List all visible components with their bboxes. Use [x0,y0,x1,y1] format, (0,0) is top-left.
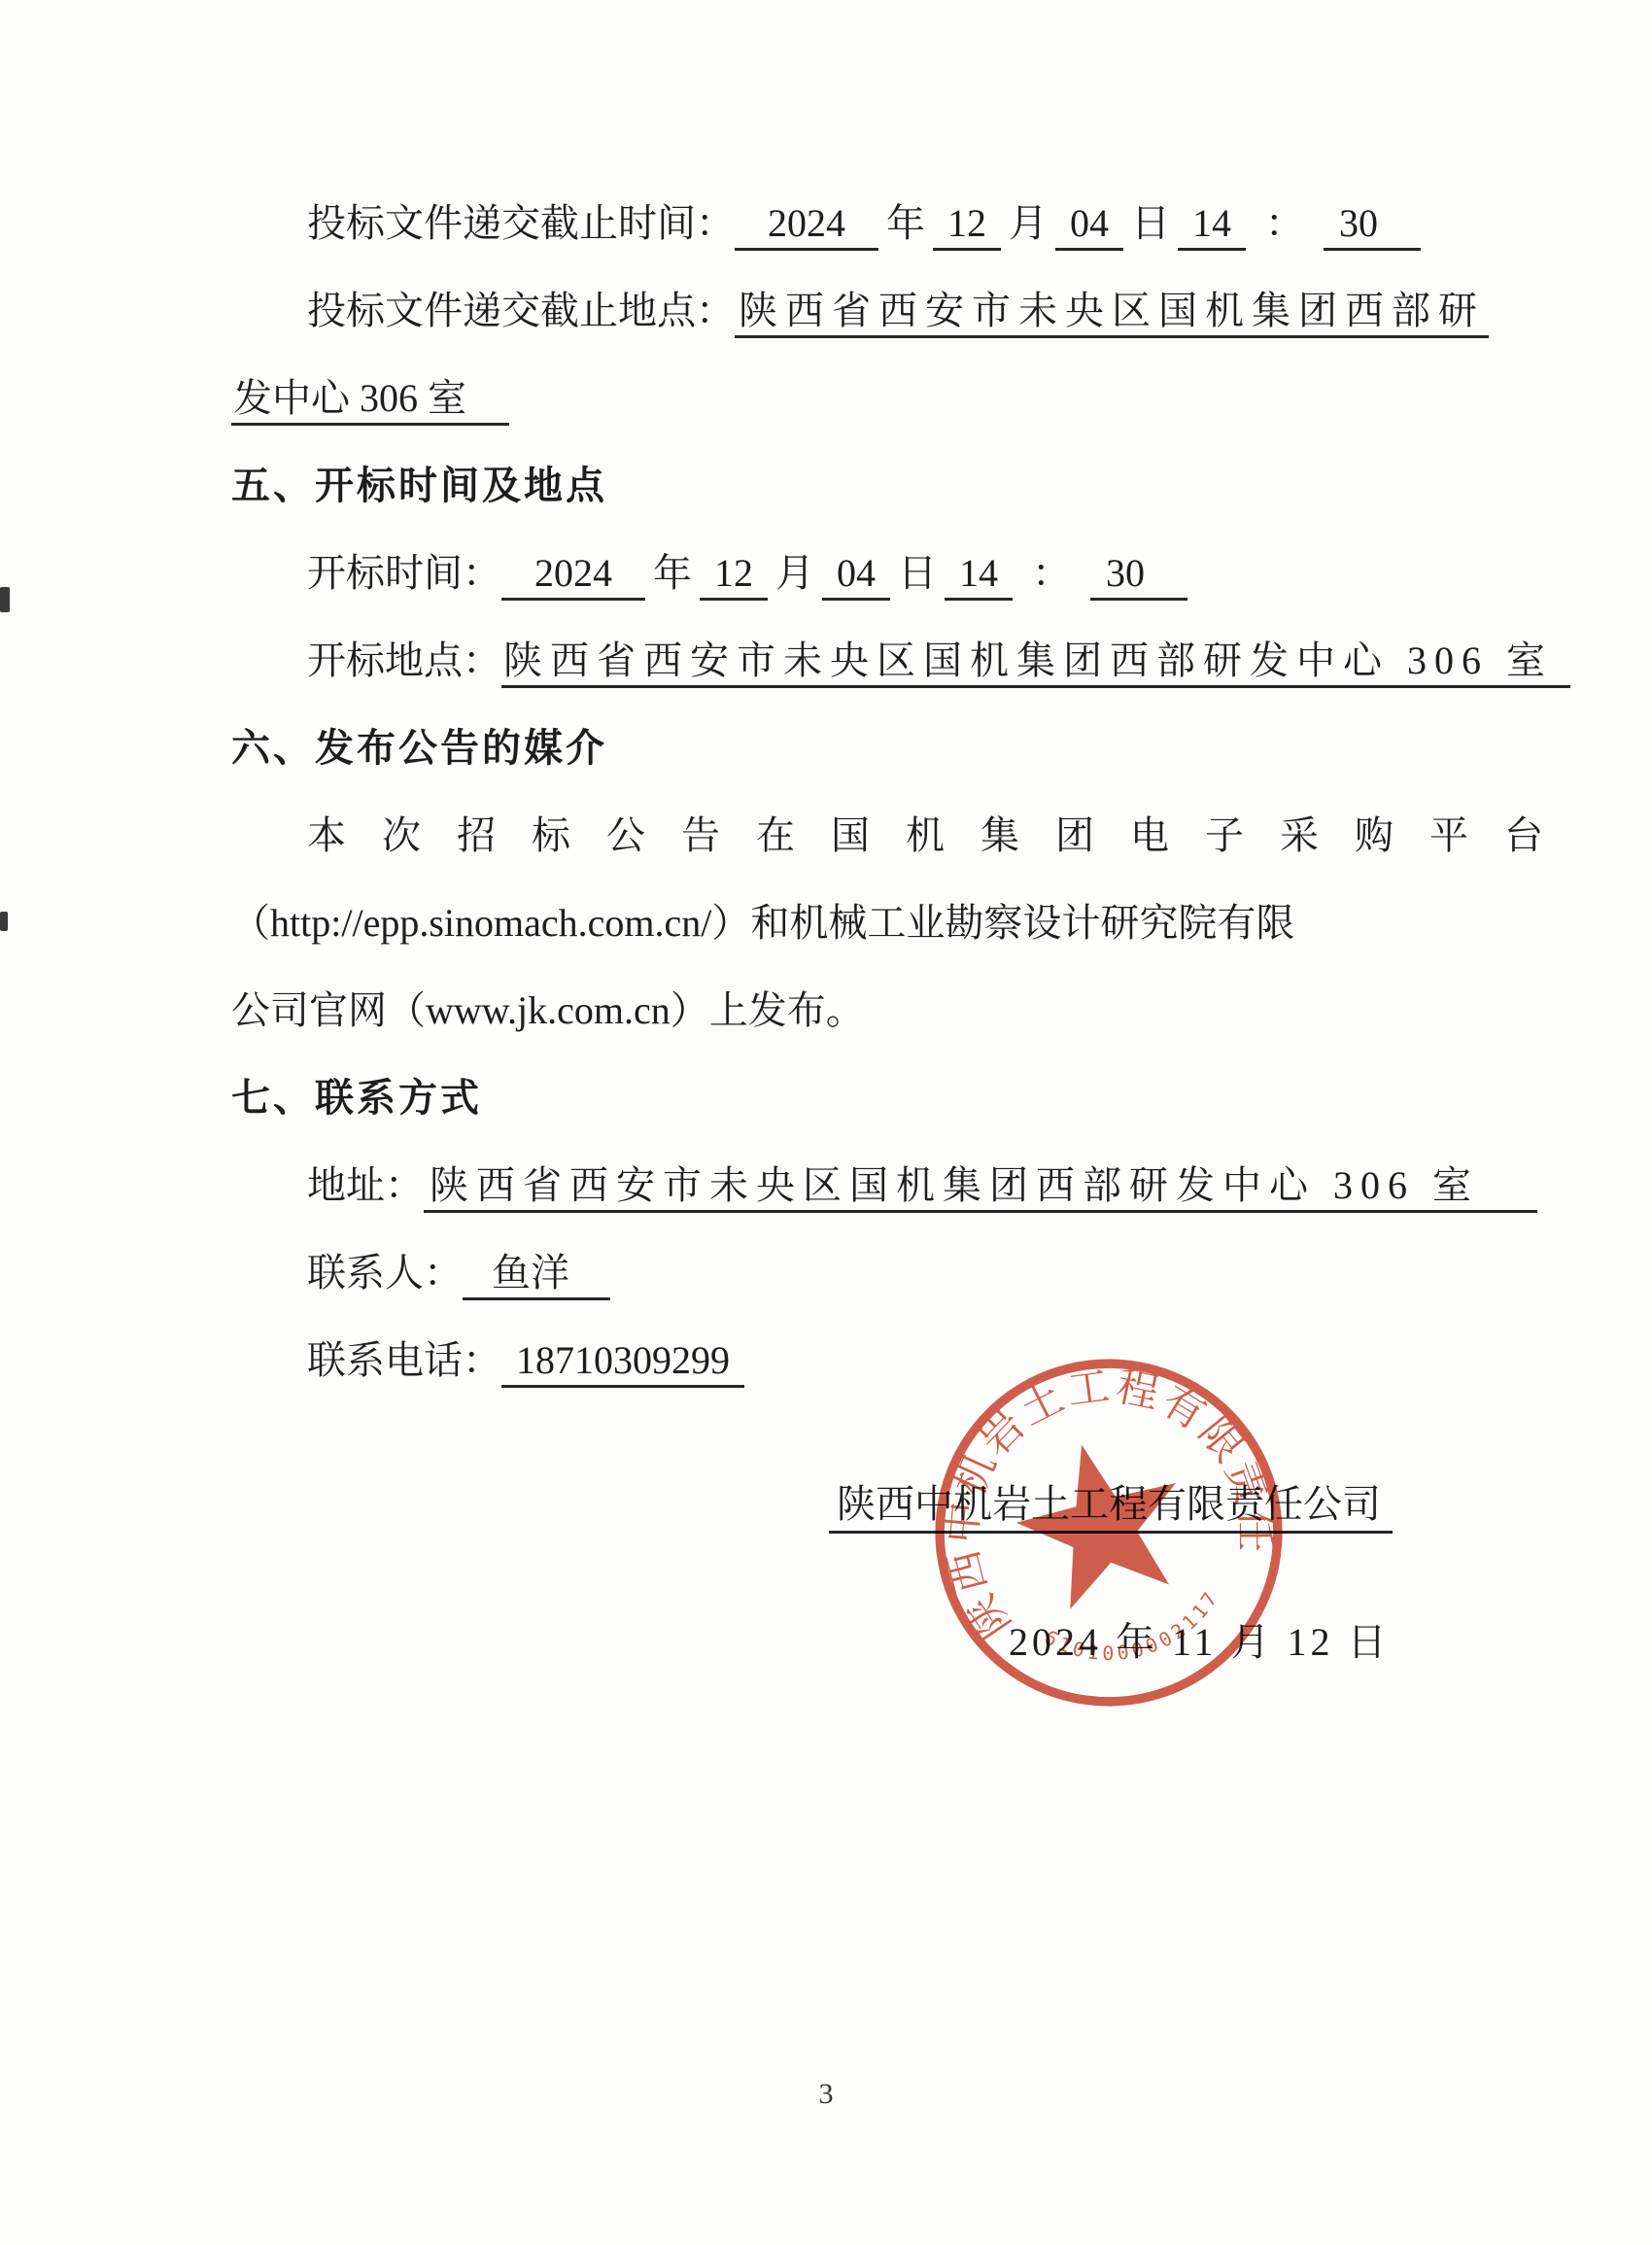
document-page: 投标文件递交截止时间：2024年12月04日14：30 投标文件递交截止地点：陕… [0,0,1652,2245]
submission-place-label: 投标文件递交截止地点： [307,289,735,332]
time-separator: ： [1265,201,1304,245]
opening-month-value: 12 [700,549,768,601]
opening-hour-value: 14 [945,549,1013,601]
submission-month-value: 12 [933,199,1001,251]
section5-heading: 五、开标时间及地点 [231,442,1487,530]
contact-phone-value: 18710309299 [501,1336,744,1388]
signature-company: 陕西中机岩土工程有限责任公司 [829,1480,1393,1534]
address-label: 地址： [307,1163,424,1207]
announcement-line-3: 公司官网（www.jk.com.cn）上发布。 [231,967,1487,1054]
day-unit: 日 [898,551,937,595]
submission-deadline-time-line: 投标文件递交截止时间：2024年12月04日14：30 [231,180,1487,267]
submission-place-line-wrap: 发中心 306 室 [231,355,1487,442]
year-unit: 年 [886,201,925,245]
year-unit: 年 [653,551,692,595]
contact-person-line: 联系人：鱼洋 [231,1229,1487,1317]
signature-date: 2024 年 11 月 12 日 [1009,1599,1487,1686]
announcement-line-1: 本次招标公告在国机集团电子采购平台 [231,792,1487,880]
opening-time-label: 开标时间： [307,551,501,595]
opening-year-value: 2024 [501,549,645,601]
submission-deadline-label: 投标文件递交截止时间： [307,201,735,245]
time-separator: ： [1032,551,1071,595]
opening-minute-value: 30 [1090,549,1187,601]
contact-phone-line: 联系电话：18710309299 [231,1317,1487,1404]
contact-phone-label: 联系电话： [307,1338,501,1382]
signature-company-line: 陕西中机岩土工程有限责任公司 [829,1461,1487,1548]
opening-time-line: 开标时间：2024年12月04日14：30 [231,530,1487,617]
contact-person-label: 联系人： [307,1251,463,1295]
submission-place-value-1: 陕西省西安市未央区国机集团西部研 [735,287,1489,338]
opening-place-line: 开标地点：陕西省西安市未央区国机集团西部研发中心 306 室 [231,617,1487,705]
submission-year-value: 2024 [735,199,878,251]
submission-place-value-2: 发中心 306 室 [231,374,509,426]
address-value: 陕西省西安市未央区国机集团西部研发中心 306 室 [424,1161,1537,1213]
opening-place-value: 陕西省西安市未央区国机集团西部研发中心 306 室 [501,637,1570,688]
announcement-line-2: （http://epp.sinomach.com.cn/）和机械工业勘察设计研究… [231,880,1487,967]
submission-day-value: 04 [1055,199,1123,251]
page-number: 3 [0,2078,1652,2111]
submission-minute-value: 30 [1324,199,1421,251]
day-unit: 日 [1131,201,1170,245]
month-unit: 月 [775,551,814,595]
contact-person-value: 鱼洋 [463,1249,610,1300]
opening-place-label: 开标地点： [307,639,501,682]
section6-heading: 六、发布公告的媒介 [231,705,1487,792]
address-line: 地址：陕西省西安市未央区国机集团西部研发中心 306 室 [231,1142,1487,1229]
submission-hour-value: 14 [1178,199,1246,251]
section7-heading: 七、联系方式 [231,1054,1487,1142]
month-unit: 月 [1009,201,1048,245]
submission-place-line: 投标文件递交截止地点：陕西省西安市未央区国机集团西部研 [231,267,1487,355]
opening-day-value: 04 [822,549,890,601]
